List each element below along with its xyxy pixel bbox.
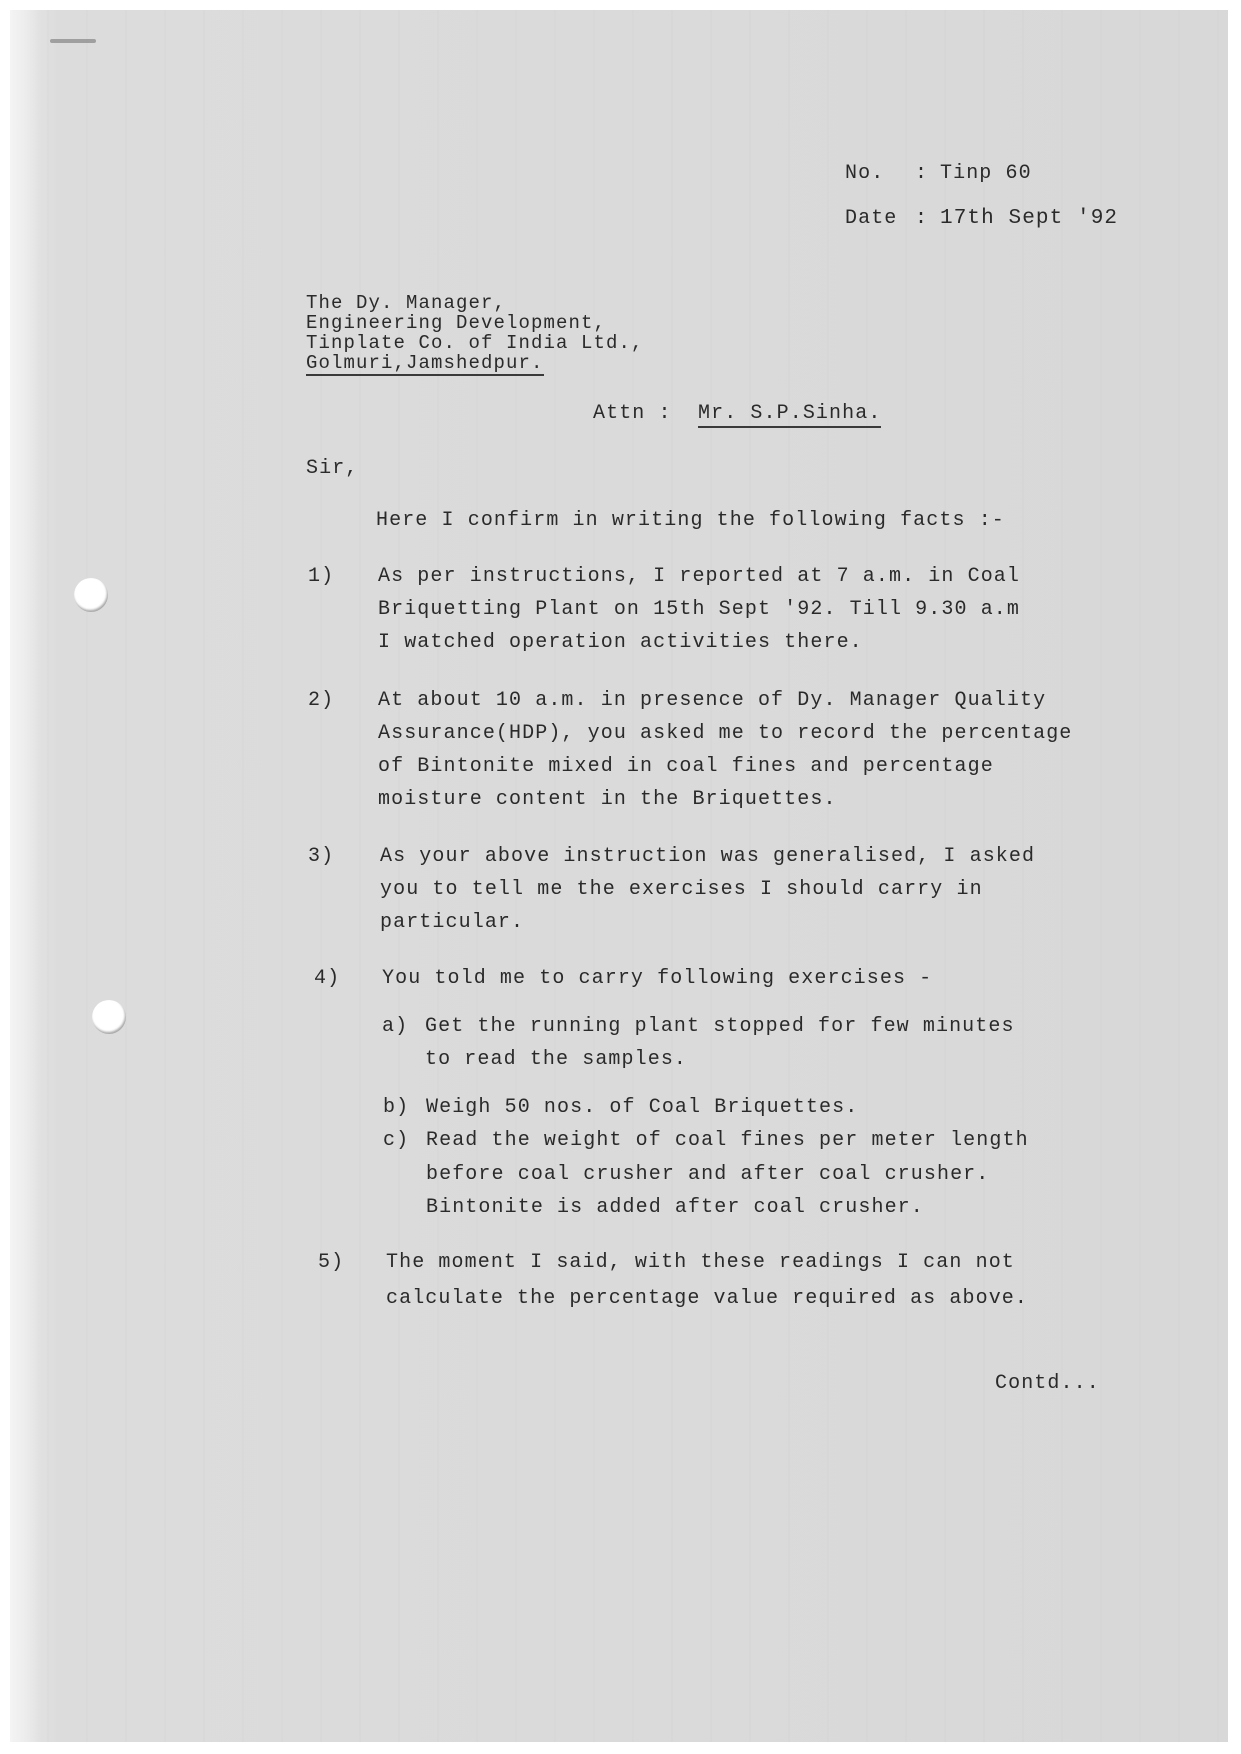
item-line: of Bintonite mixed in coal fines and per… [378,756,994,778]
subitem-line: before coal crusher and after coal crush… [426,1164,989,1186]
addressee-line: Engineering Development, [306,313,606,333]
subitem-line: Bintonite is added after coal crusher. [426,1197,924,1219]
subitem-letter: c) [383,1130,409,1152]
reference-date-label: Date [845,208,897,230]
item-line: The moment I said, with these readings I… [386,1252,1015,1274]
item-line: I watched operation activities there. [378,632,863,654]
reference-no-value: Tinp 60 [940,163,1032,185]
item-number: 2) [308,690,334,712]
addressee-line: The Dy. Manager, [306,293,506,313]
subitem-line: Read the weight of coal fines per meter … [426,1130,1029,1152]
subitem-line: to read the samples. [425,1049,687,1071]
subitem-line: Get the running plant stopped for few mi… [425,1016,1015,1038]
item-line: As your above instruction was generalise… [380,846,1035,868]
attention-label: Attn : [593,403,672,425]
subitem-letter: a) [382,1016,408,1038]
scanned-page: No. : Tinp 60 Date : 17th Sept '92 The D… [10,10,1228,1742]
reference-date-separator: : [915,208,928,230]
addressee-line: Golmuri,Jamshedpur. [306,353,544,376]
item-number: 5) [318,1252,344,1274]
item-line: Briquetting Plant on 15th Sept '92. Till… [378,599,1020,621]
reference-no-separator: : [915,163,928,185]
scan-smudge-mark [50,39,96,43]
item-line: At about 10 a.m. in presence of Dy. Mana… [378,690,1046,712]
attention-name: Mr. S.P.Sinha. [698,403,881,428]
punch-hole-icon [92,1000,126,1034]
item-line: you to tell me the exercises I should ca… [380,879,983,901]
item-line: Assurance(HDP), you asked me to record t… [378,723,1072,745]
item-line: You told me to carry following exercises… [382,968,932,990]
continuation-marker: Contd... [995,1373,1100,1395]
subitem-letter: b) [383,1097,409,1119]
salutation: Sir, [306,458,358,480]
subitem-line: Weigh 50 nos. of Coal Briquettes. [426,1097,858,1119]
item-line: moisture content in the Briquettes. [378,789,837,811]
addressee-line: Tinplate Co. of India Ltd., [306,333,644,353]
page-edge-shadow [10,10,40,1742]
item-line: calculate the percentage value required … [386,1288,1028,1310]
item-number: 4) [314,968,340,990]
punch-hole-icon [74,578,108,612]
intro-paragraph: Here I confirm in writing the following … [376,510,1005,532]
reference-no-label: No. [845,163,884,185]
item-number: 3) [308,846,334,868]
item-line: As per instructions, I reported at 7 a.m… [378,566,1020,588]
item-number: 1) [308,566,334,588]
reference-date-value: 17th Sept '92 [940,208,1118,230]
item-line: particular. [380,912,524,934]
